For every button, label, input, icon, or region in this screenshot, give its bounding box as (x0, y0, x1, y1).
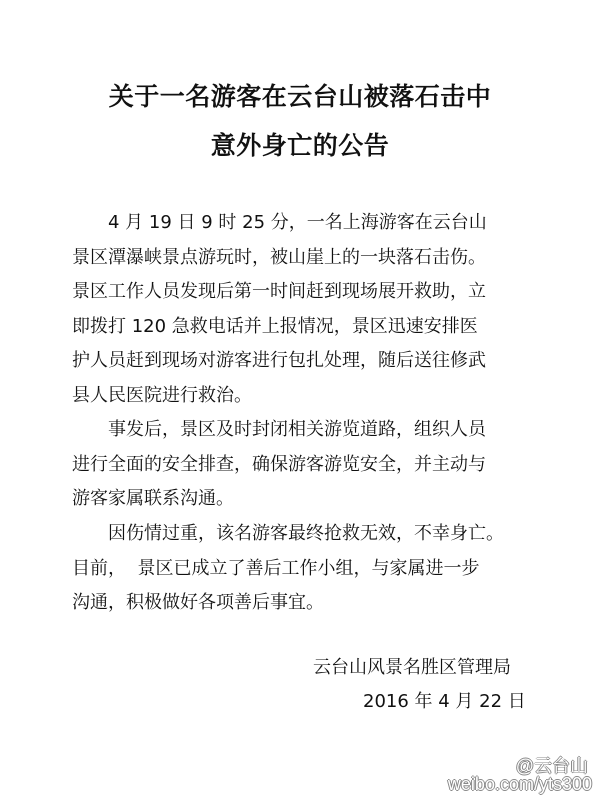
watermark-url: weibo.com/yts300 (448, 775, 592, 793)
paragraph-line: 景区潭瀑峡景点游玩时，被山崖上的一块落石击伤。 (72, 241, 532, 276)
paragraph-2: 事发后，景区及时封闭相关游览道路，组织人员 进行全面的安全排查，确保游客游览安全… (72, 413, 532, 517)
paragraph-line: 事发后，景区及时封闭相关游览道路，组织人员 (72, 413, 532, 448)
paragraph-line: 景区工作人员发现后第一时间赶到现场展开救助，立 (72, 275, 532, 310)
paragraph-line: 沟通，积极做好各项善后事宜。 (72, 586, 532, 621)
title-line-2: 意外身亡的公告 (0, 131, 600, 161)
paragraph-line: 进行全面的安全排查，确保游客游览安全，并主动与 (72, 448, 532, 483)
paragraph-line: 县人民医院进行救治。 (72, 379, 532, 414)
paragraph-line: 4 月 19 日 9 时 25 分，一名上海游客在云台山 (72, 206, 532, 241)
paragraph-line: 目前， 景区已成立了善后工作小组，与家属进一步 (72, 552, 532, 587)
issuing-organization: 云台山风景名胜区管理局 (313, 656, 511, 680)
paragraph-line: 游客家属联系沟通。 (72, 482, 532, 517)
paragraph-line: 护人员赶到现场对游客进行包扎处理，随后送往修武 (72, 344, 532, 379)
watermark-handle: @云台山 (516, 757, 588, 775)
title-line-1: 关于一名游客在云台山被落石击中 (0, 82, 600, 112)
paragraph-1: 4 月 19 日 9 时 25 分，一名上海游客在云台山 景区潭瀑峡景点游玩时，… (72, 206, 532, 413)
paragraph-3: 因伤情过重，该名游客最终抢救无效，不幸身亡。 目前， 景区已成立了善后工作小组，… (72, 517, 532, 621)
paragraph-line: 因伤情过重，该名游客最终抢救无效，不幸身亡。 (72, 517, 532, 552)
issue-date: 2016 年 4 月 22 日 (363, 690, 526, 714)
paragraph-line: 即拨打 120 急救电话并上报情况，景区迅速安排医 (72, 310, 532, 345)
